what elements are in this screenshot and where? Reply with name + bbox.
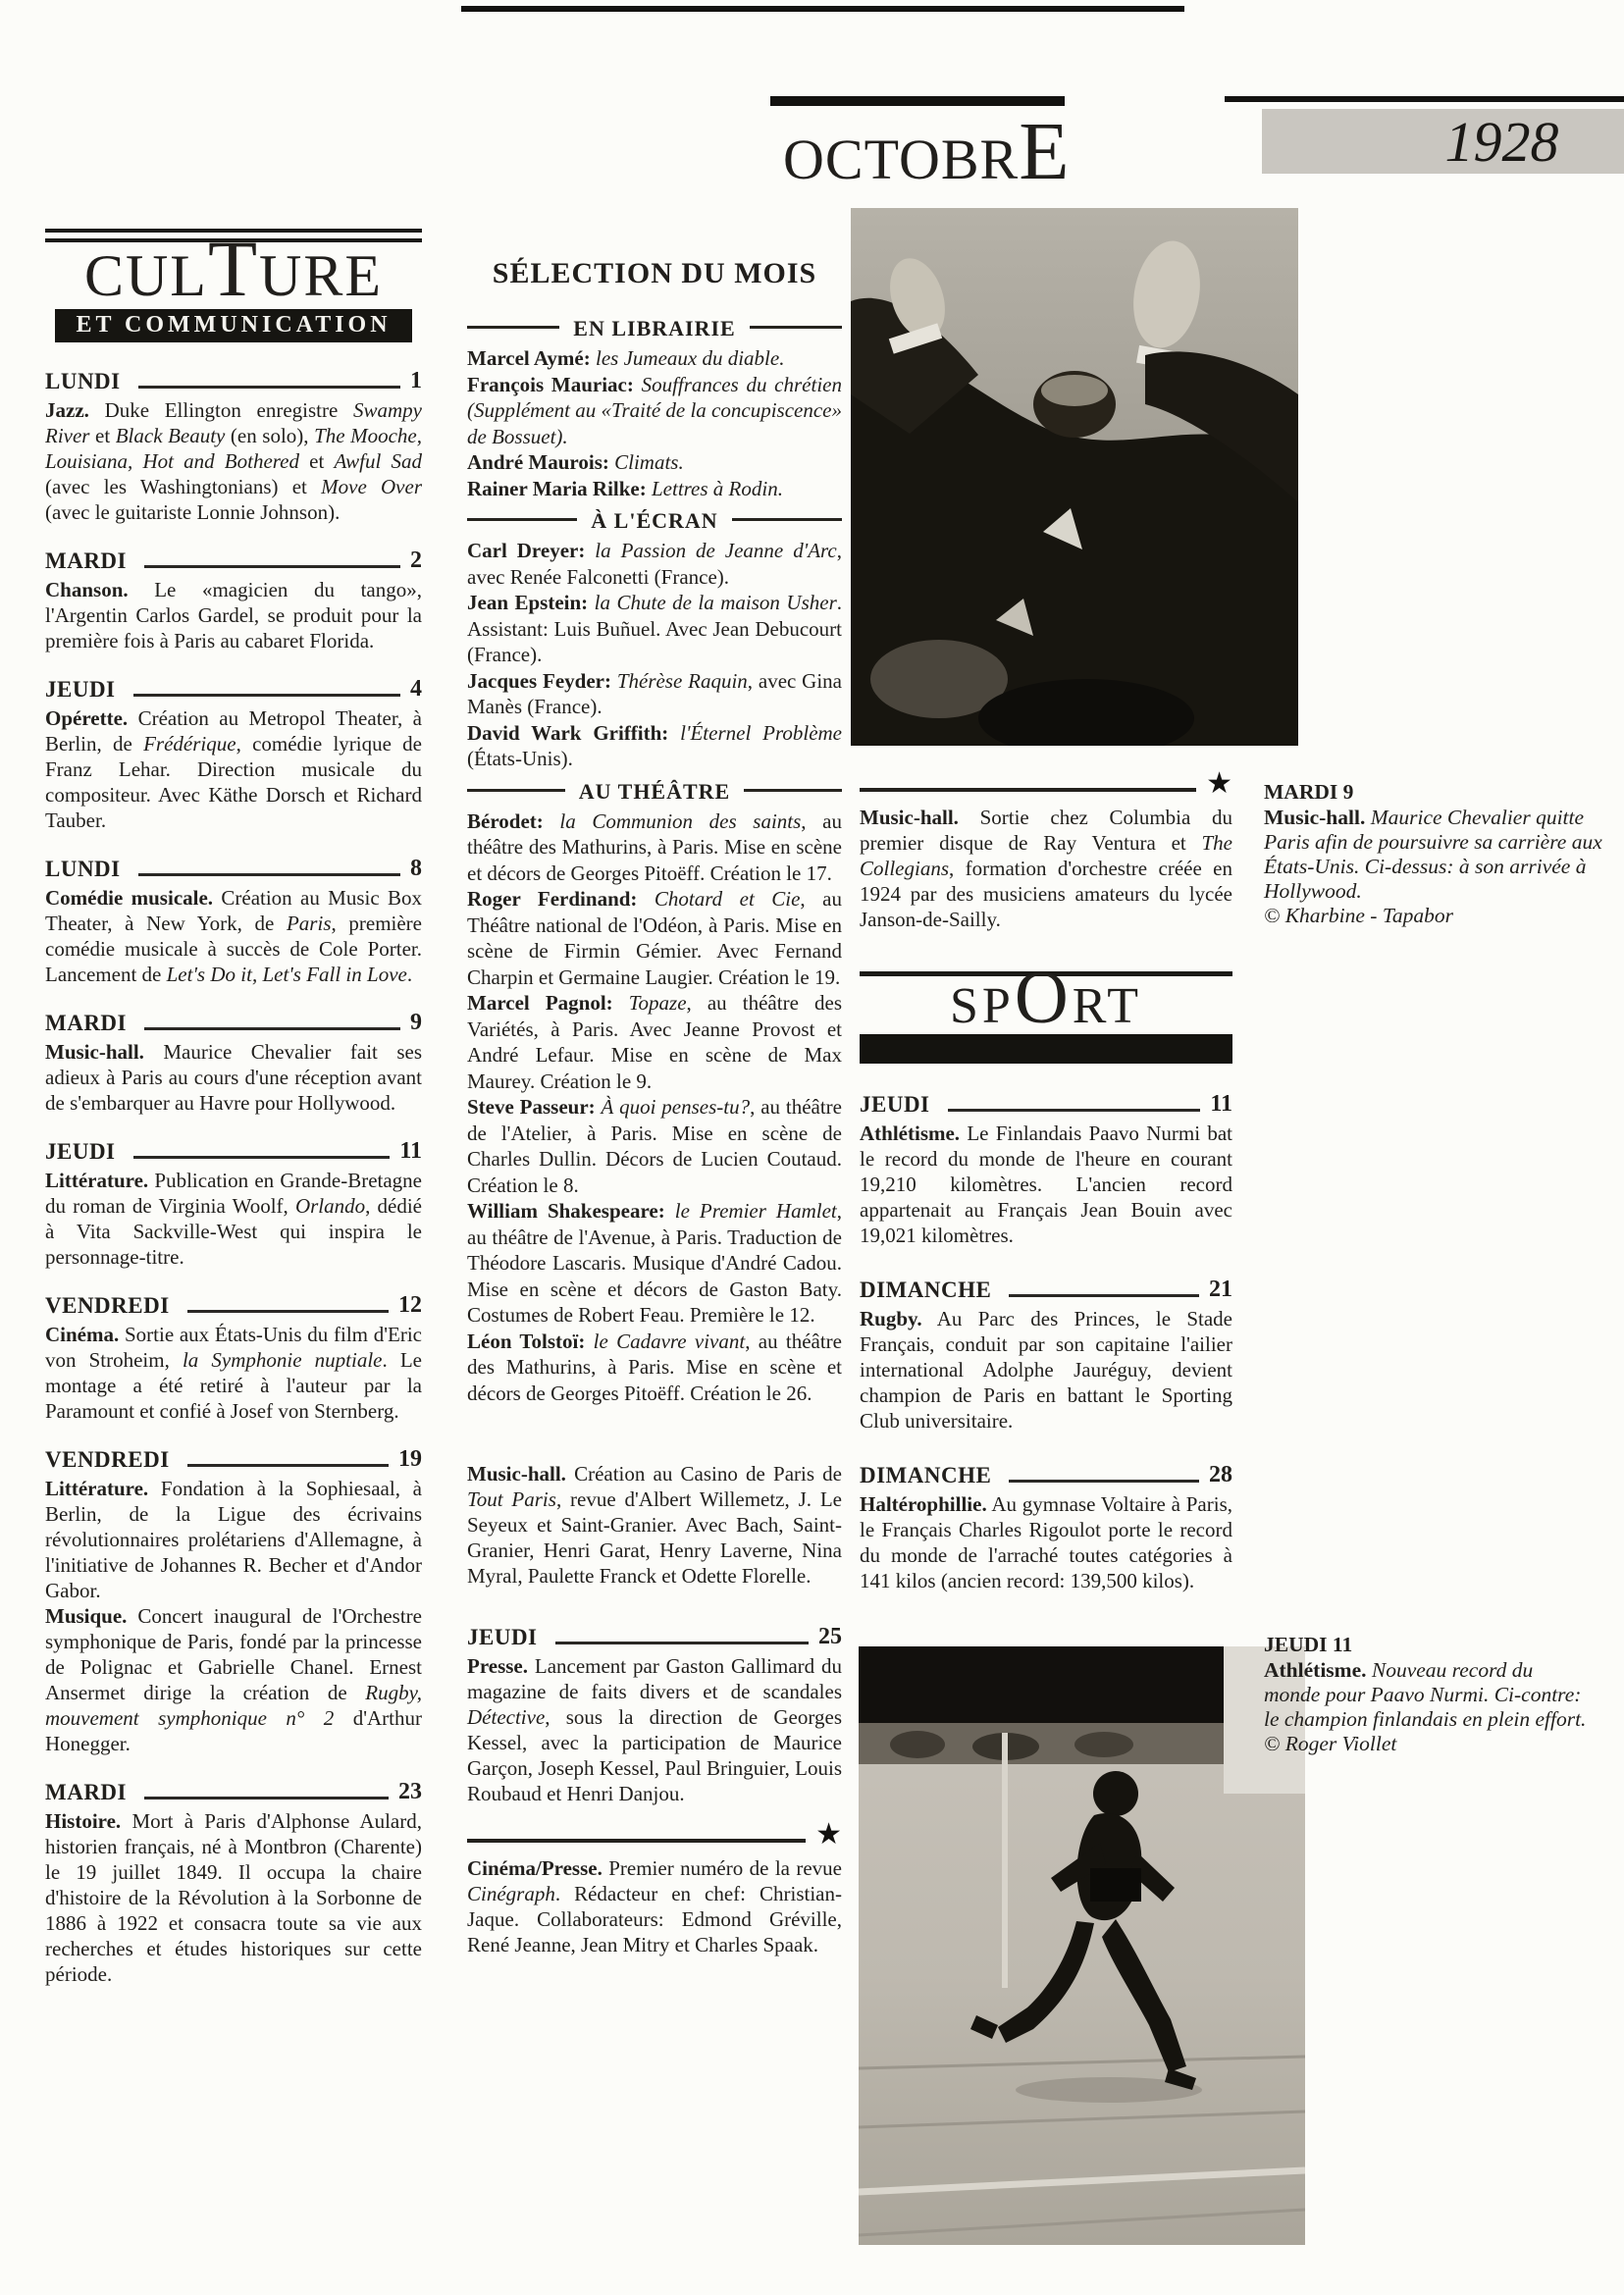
photo-chevalier xyxy=(851,208,1298,746)
culture-column: CULTURE ET COMMUNICATION LUNDI1Jazz. Duk… xyxy=(45,229,422,2009)
text-run: Let's Do it, Let's Fall in Love xyxy=(167,963,407,986)
paragraph: Bérodet: la Communion des saints, au thé… xyxy=(467,808,842,887)
caption-nurmi: JEUDI 11 Athlétisme. Nouveau record du m… xyxy=(1264,1633,1588,1756)
paragraph: Athlétisme. Le Finlandais Paavo Nurmi ba… xyxy=(860,1121,1232,1248)
text-run: Climats. xyxy=(614,450,684,474)
paragraph: Music-hall. Sortie chez Columbia du prem… xyxy=(860,805,1232,932)
paragraph: Histoire. Mort à Paris d'Alphonse Aulard… xyxy=(45,1808,422,1987)
text-run: Bérodet: xyxy=(467,809,559,833)
section-heading: À L'ÉCRAN xyxy=(467,508,842,534)
paragraph: Cinéma/Presse. Premier numéro de la revu… xyxy=(467,1855,842,1957)
paragraph: Marcel Aymé: les Jumeaux du diable. xyxy=(467,345,842,372)
year-header: 1928 xyxy=(1225,96,1624,174)
calendar-entry: LUNDI1Jazz. Duke Ellington enregistre Sw… xyxy=(45,368,422,525)
jeudi25-entry: JEUDI25Presse. Lancement par Gaston Gall… xyxy=(467,1624,842,1806)
text-run: Détective xyxy=(467,1705,545,1729)
day-rule xyxy=(555,1642,809,1644)
text-run: Music-hall. xyxy=(45,1040,144,1064)
entry-day-header: LUNDI1 xyxy=(45,368,422,394)
calendar-entry: DIMANCHE21Rugby. Au Parc des Princes, le… xyxy=(860,1277,1232,1434)
text-run: À quoi penses-tu? xyxy=(601,1095,750,1119)
section-heading: AU THÉÂTRE xyxy=(467,779,842,805)
page-top-rule xyxy=(461,6,1184,12)
text-run: (avec les Washingtonians) et xyxy=(45,475,321,498)
text-run: . xyxy=(407,963,412,986)
paragraph: Carl Dreyer: la Passion de Jeanne d'Arc,… xyxy=(467,538,842,590)
year-badge: 1928 xyxy=(1262,109,1624,174)
day-label: JEUDI xyxy=(467,1625,538,1650)
sport-title-text: SP xyxy=(950,978,1015,1034)
heading-rule xyxy=(750,326,842,329)
paragraph: François Mauriac: Souffrances du chrétie… xyxy=(467,372,842,450)
paragraph: Roger Ferdinand: Chotard et Cie, au Théâ… xyxy=(467,886,842,990)
text-run: Black Beauty xyxy=(116,424,226,447)
entry-day-header: DIMANCHE28 xyxy=(860,1462,1232,1488)
text-run: Lettres à Rodin. xyxy=(652,477,783,500)
text-run: Léon Tolstoï: xyxy=(467,1330,594,1353)
month-title: OCTOBRE xyxy=(783,124,1071,186)
musichall-columbia-paragraph: Music-hall. Sortie chez Columbia du prem… xyxy=(860,805,1232,932)
month-title-bigcap: E xyxy=(1019,106,1070,197)
text-run: Jacques Feyder: xyxy=(467,669,617,693)
paragraph: Chanson. Le «magicien du tango», l'Argen… xyxy=(45,577,422,653)
header-rule xyxy=(770,96,1065,106)
day-number: 12 xyxy=(398,1292,422,1319)
photo-nurmi xyxy=(859,1646,1305,2245)
sport-title-text: RT xyxy=(1073,978,1142,1034)
text-run: la Symphonie nuptiale xyxy=(183,1348,383,1372)
culture-subtitle-bar: ET COMMUNICATION xyxy=(55,309,412,342)
section-heading: EN LIBRAIRIE xyxy=(467,316,842,341)
text-run: Rainer Maria Rilke: xyxy=(467,477,652,500)
heading-rule xyxy=(467,789,565,792)
text-run: la Chute de la maison Usher xyxy=(595,591,837,614)
calendar-entry: LUNDI8Comédie musicale. Création au Musi… xyxy=(45,856,422,987)
paragraph: Music-hall. Maurice Chevalier fait ses a… xyxy=(45,1039,422,1116)
paragraph: Rainer Maria Rilke: Lettres à Rodin. xyxy=(467,476,842,502)
selection-column: SÉLECTION DU MOIS EN LIBRAIRIEMarcel Aym… xyxy=(467,257,842,1957)
caption-day: JEUDI 11 xyxy=(1264,1633,1588,1657)
sport-entry-list: JEUDI11Athlétisme. Le Finlandais Paavo N… xyxy=(860,1091,1232,1593)
text-run: Presse. xyxy=(467,1654,528,1678)
text-run: David Wark Griffith: xyxy=(467,721,680,745)
calendar-entry: JEUDI25Presse. Lancement par Gaston Gall… xyxy=(467,1624,842,1806)
text-run: le Cadavre vivant xyxy=(594,1330,746,1353)
paragraph: Opérette. Création au Metropol Theater, … xyxy=(45,705,422,833)
heading-rule xyxy=(732,518,842,521)
text-run: Music-hall. xyxy=(860,806,959,829)
star-rule: ★ xyxy=(860,785,1232,795)
day-rule xyxy=(133,694,400,697)
paragraph: Léon Tolstoï: le Cadavre vivant, au théâ… xyxy=(467,1329,842,1407)
paragraph: Littérature. Publication en Grande-Breta… xyxy=(45,1168,422,1270)
day-rule xyxy=(144,565,400,568)
day-label: DIMANCHE xyxy=(860,1463,991,1488)
text-run: Musique. xyxy=(45,1604,127,1628)
paragraph: Jacques Feyder: Thérèse Raquin, avec Gin… xyxy=(467,668,842,720)
day-number: 8 xyxy=(410,856,422,882)
star-icon: ★ xyxy=(815,1830,842,1840)
text-run: Comédie musicale. xyxy=(45,886,213,910)
heading-label: EN LIBRAIRIE xyxy=(573,316,735,341)
entry-day-header: MARDI2 xyxy=(45,548,422,574)
paragraph: David Wark Griffith: l'Éternel Problème … xyxy=(467,720,842,772)
caption-lead: Music-hall. xyxy=(1264,806,1365,829)
text-run: Jazz. xyxy=(45,398,89,422)
day-label: MARDI xyxy=(45,1011,127,1036)
cinema-presse-block: ★ Cinéma/Presse. Premier numéro de la re… xyxy=(467,1836,842,1957)
day-number: 11 xyxy=(399,1138,422,1165)
selection-section-list: EN LIBRAIRIEMarcel Aymé: les Jumeaux du … xyxy=(467,316,842,1406)
day-rule xyxy=(138,873,400,876)
paragraph: Littérature. Fondation à la Sophiesaal, … xyxy=(45,1476,422,1603)
text-run: Opérette. xyxy=(45,706,128,730)
sport-title: SPORT xyxy=(860,976,1232,1032)
text-run: Marcel Aymé: xyxy=(467,346,596,370)
text-run: Chotard et Cie xyxy=(655,887,801,911)
day-number: 4 xyxy=(410,676,422,703)
day-rule xyxy=(144,1027,400,1030)
day-label: MARDI xyxy=(45,1780,127,1805)
text-run: Cinéma/Presse. xyxy=(467,1856,602,1880)
day-rule xyxy=(1009,1294,1199,1297)
day-rule xyxy=(1009,1480,1199,1483)
sport-masthead: SPORT xyxy=(860,971,1232,1064)
entry-day-header: VENDREDI12 xyxy=(45,1292,422,1319)
paragraph: Marcel Pagnol: Topaze, au théâtre des Va… xyxy=(467,990,842,1094)
entry-day-header: LUNDI8 xyxy=(45,856,422,882)
day-number: 1 xyxy=(410,368,422,394)
culture-masthead: CULTURE xyxy=(45,244,422,307)
text-run: Jean Epstein: xyxy=(467,591,595,614)
text-run: Haltérophillie. xyxy=(860,1492,987,1516)
text-run: la Communion des saints xyxy=(559,809,801,833)
day-rule xyxy=(187,1310,389,1313)
calendar-entry: MARDI9Music-hall. Maurice Chevalier fait… xyxy=(45,1010,422,1116)
heading-label: AU THÉÂTRE xyxy=(579,779,730,805)
culture-subtitle: ET COMMUNICATION xyxy=(76,312,391,338)
text-run: Rugby. xyxy=(860,1307,922,1330)
text-run: Mort à Paris d'Alphonse Aulard, historie… xyxy=(45,1809,422,1986)
paragraph: Steve Passeur: À quoi penses-tu?, au thé… xyxy=(467,1094,842,1198)
star-rule: ★ xyxy=(467,1836,842,1846)
calendar-entry: JEUDI11Littérature. Publication en Grand… xyxy=(45,1138,422,1270)
text-run: François Mauriac: xyxy=(467,373,642,396)
day-label: LUNDI xyxy=(45,369,121,394)
day-number: 21 xyxy=(1209,1277,1232,1303)
entry-day-header: VENDREDI19 xyxy=(45,1446,422,1473)
text-run: Littérature. xyxy=(45,1477,148,1500)
day-number: 11 xyxy=(1210,1091,1232,1118)
day-rule xyxy=(133,1156,391,1159)
culture-title-bigcap: T xyxy=(208,224,259,313)
sport-column: SPORT JEUDI11Athlétisme. Le Finlandais P… xyxy=(860,971,1232,1622)
calendar-entry: JEUDI11Athlétisme. Le Finlandais Paavo N… xyxy=(860,1091,1232,1248)
entry-day-header: MARDI9 xyxy=(45,1010,422,1036)
day-label: DIMANCHE xyxy=(860,1278,991,1303)
day-number: 25 xyxy=(818,1624,842,1650)
photo-credit: © Kharbine - Tapabor xyxy=(1264,904,1602,928)
musichall-columbia-block: ★ Music-hall. Sortie chez Columbia du pr… xyxy=(860,785,1232,932)
text-run: Histoire. xyxy=(45,1809,121,1833)
text-run: Premier numéro de la revue xyxy=(602,1856,842,1880)
text-run: André Maurois: xyxy=(467,450,614,474)
text-run: et xyxy=(89,424,115,447)
day-label: VENDREDI xyxy=(45,1293,170,1319)
paragraph: Presse. Lancement par Gaston Gallimard d… xyxy=(467,1653,842,1806)
day-rule xyxy=(187,1464,389,1467)
day-rule xyxy=(948,1109,1201,1112)
day-rule xyxy=(144,1797,389,1799)
paragraph: Rugby. Au Parc des Princes, le Stade Fra… xyxy=(860,1306,1232,1434)
text-run: Roger Ferdinand: xyxy=(467,887,655,911)
year-text: 1928 xyxy=(1445,109,1559,175)
day-label: JEUDI xyxy=(45,1139,116,1165)
month-header: OCTOBRE xyxy=(770,96,1065,186)
calendar-entry: VENDREDI12Cinéma. Sortie aux États-Unis … xyxy=(45,1292,422,1424)
paragraph: Jean Epstein: la Chute de la maison Ushe… xyxy=(467,590,842,668)
caption-text: Music-hall. Maurice Chevalier quitte Par… xyxy=(1264,806,1602,904)
text-run: Music-hall. xyxy=(467,1462,566,1486)
day-label: JEUDI xyxy=(860,1092,930,1118)
paragraph: André Maurois: Climats. xyxy=(467,449,842,476)
text-run: Orlando xyxy=(295,1194,365,1218)
rule-line xyxy=(467,1839,806,1843)
star-icon: ★ xyxy=(1206,779,1232,789)
culture-entry-list: LUNDI1Jazz. Duke Ellington enregistre Sw… xyxy=(45,368,422,1987)
heading-rule xyxy=(744,789,842,792)
day-label: VENDREDI xyxy=(45,1447,170,1473)
text-run: Thérèse Raquin xyxy=(617,669,748,693)
paragraph: William Shakespeare: le Premier Hamlet, … xyxy=(467,1198,842,1329)
text-run: Marcel Pagnol: xyxy=(467,991,629,1015)
entry-day-header: JEUDI11 xyxy=(860,1091,1232,1118)
musichall-casino-paragraph: Music-hall. Création au Casino de Paris … xyxy=(467,1461,842,1589)
text-run: l'Éternel Problème xyxy=(680,721,842,745)
caption-text: Athlétisme. Nouveau record du monde pour… xyxy=(1264,1658,1588,1732)
text-run: Steve Passeur: xyxy=(467,1095,601,1119)
calendar-entry: VENDREDI19Littérature. Fondation à la So… xyxy=(45,1446,422,1756)
paragraph: Comédie musicale. Création au Music Box … xyxy=(45,885,422,987)
day-label: MARDI xyxy=(45,548,127,574)
day-number: 23 xyxy=(398,1779,422,1805)
text-run: la Passion de Jeanne d'Arc xyxy=(595,539,836,562)
text-run: le Premier Hamlet xyxy=(675,1199,837,1223)
day-label: JEUDI xyxy=(45,677,116,703)
calendar-entry: JEUDI4Opérette. Création au Metropol The… xyxy=(45,676,422,833)
text-run: et xyxy=(299,449,335,473)
heading-rule xyxy=(467,326,559,329)
caption-lead: Athlétisme. xyxy=(1264,1658,1367,1682)
heading-label: À L'ÉCRAN xyxy=(591,508,717,534)
text-run: Awful Sad xyxy=(334,449,422,473)
calendar-entry: MARDI2Chanson. Le «magicien du tango», l… xyxy=(45,548,422,653)
day-label: LUNDI xyxy=(45,857,121,882)
calendar-entry: DIMANCHE28Haltérophillie. Au gymnase Vol… xyxy=(860,1462,1232,1593)
paragraph: Musique. Concert inaugural de l'Orchestr… xyxy=(45,1603,422,1756)
paragraph: Cinéma. Sortie aux États-Unis du film d'… xyxy=(45,1322,422,1424)
caption-day: MARDI 9 xyxy=(1264,780,1602,805)
text-run: Move Over xyxy=(321,475,422,498)
text-run: William Shakespeare: xyxy=(467,1199,675,1223)
text-run: Athlétisme. xyxy=(860,1121,960,1145)
magazine-page: OCTOBRE 1928 CULTURE ET COMMUNICATION LU… xyxy=(0,0,1624,2295)
day-number: 9 xyxy=(410,1010,422,1036)
rule-line xyxy=(860,788,1196,792)
day-number: 19 xyxy=(398,1446,422,1473)
text-run: Frédérique xyxy=(143,732,236,756)
cinema-presse-paragraph: Cinéma/Presse. Premier numéro de la revu… xyxy=(467,1855,842,1957)
entry-day-header: JEUDI25 xyxy=(467,1624,842,1650)
caption-chevalier: MARDI 9 Music-hall. Maurice Chevalier qu… xyxy=(1264,780,1602,928)
culture-title-text: URE xyxy=(259,243,383,308)
text-run: les Jumeaux du diable. xyxy=(596,346,784,370)
text-run: (avec le guitariste Lonnie Johnson). xyxy=(45,500,340,524)
text-run: Chanson. xyxy=(45,578,129,601)
day-number: 2 xyxy=(410,548,422,574)
heading-rule xyxy=(467,518,577,521)
paragraph: Music-hall. Création au Casino de Paris … xyxy=(467,1461,842,1589)
day-number: 28 xyxy=(1209,1462,1232,1488)
header-rule xyxy=(1225,96,1624,102)
text-run: (en solo), xyxy=(225,424,314,447)
text-run: (États-Unis). xyxy=(467,747,573,770)
text-run: Cinégraph xyxy=(467,1882,555,1905)
text-run: Duke Ellington enregistre xyxy=(89,398,353,422)
month-title-text: OCTOBR xyxy=(783,128,1019,191)
text-run: Carl Dreyer: xyxy=(467,539,595,562)
calendar-entry: MARDI23Histoire. Mort à Paris d'Alphonse… xyxy=(45,1779,422,1987)
text-run: Cinéma. xyxy=(45,1323,119,1346)
day-rule xyxy=(138,386,400,389)
entry-day-header: JEUDI4 xyxy=(45,676,422,703)
selection-title: SÉLECTION DU MOIS xyxy=(467,257,842,290)
entry-day-header: DIMANCHE21 xyxy=(860,1277,1232,1303)
text-run: Création au Casino de Paris de xyxy=(566,1462,842,1486)
paragraph: Jazz. Duke Ellington enregistre Swampy R… xyxy=(45,397,422,525)
culture-title-text: CUL xyxy=(84,243,208,308)
text-run: Topaze xyxy=(629,991,687,1015)
entry-day-header: JEUDI11 xyxy=(45,1138,422,1165)
sport-title-bigcap: O xyxy=(1015,957,1073,1039)
photo-credit: © Roger Viollet xyxy=(1264,1732,1588,1756)
entry-day-header: MARDI23 xyxy=(45,1779,422,1805)
paragraph: Haltérophillie. Au gymnase Voltaire à Pa… xyxy=(860,1491,1232,1593)
text-run: Littérature. xyxy=(45,1169,148,1192)
text-run: Tout Paris xyxy=(467,1487,556,1511)
text-run: Paris xyxy=(287,912,332,935)
